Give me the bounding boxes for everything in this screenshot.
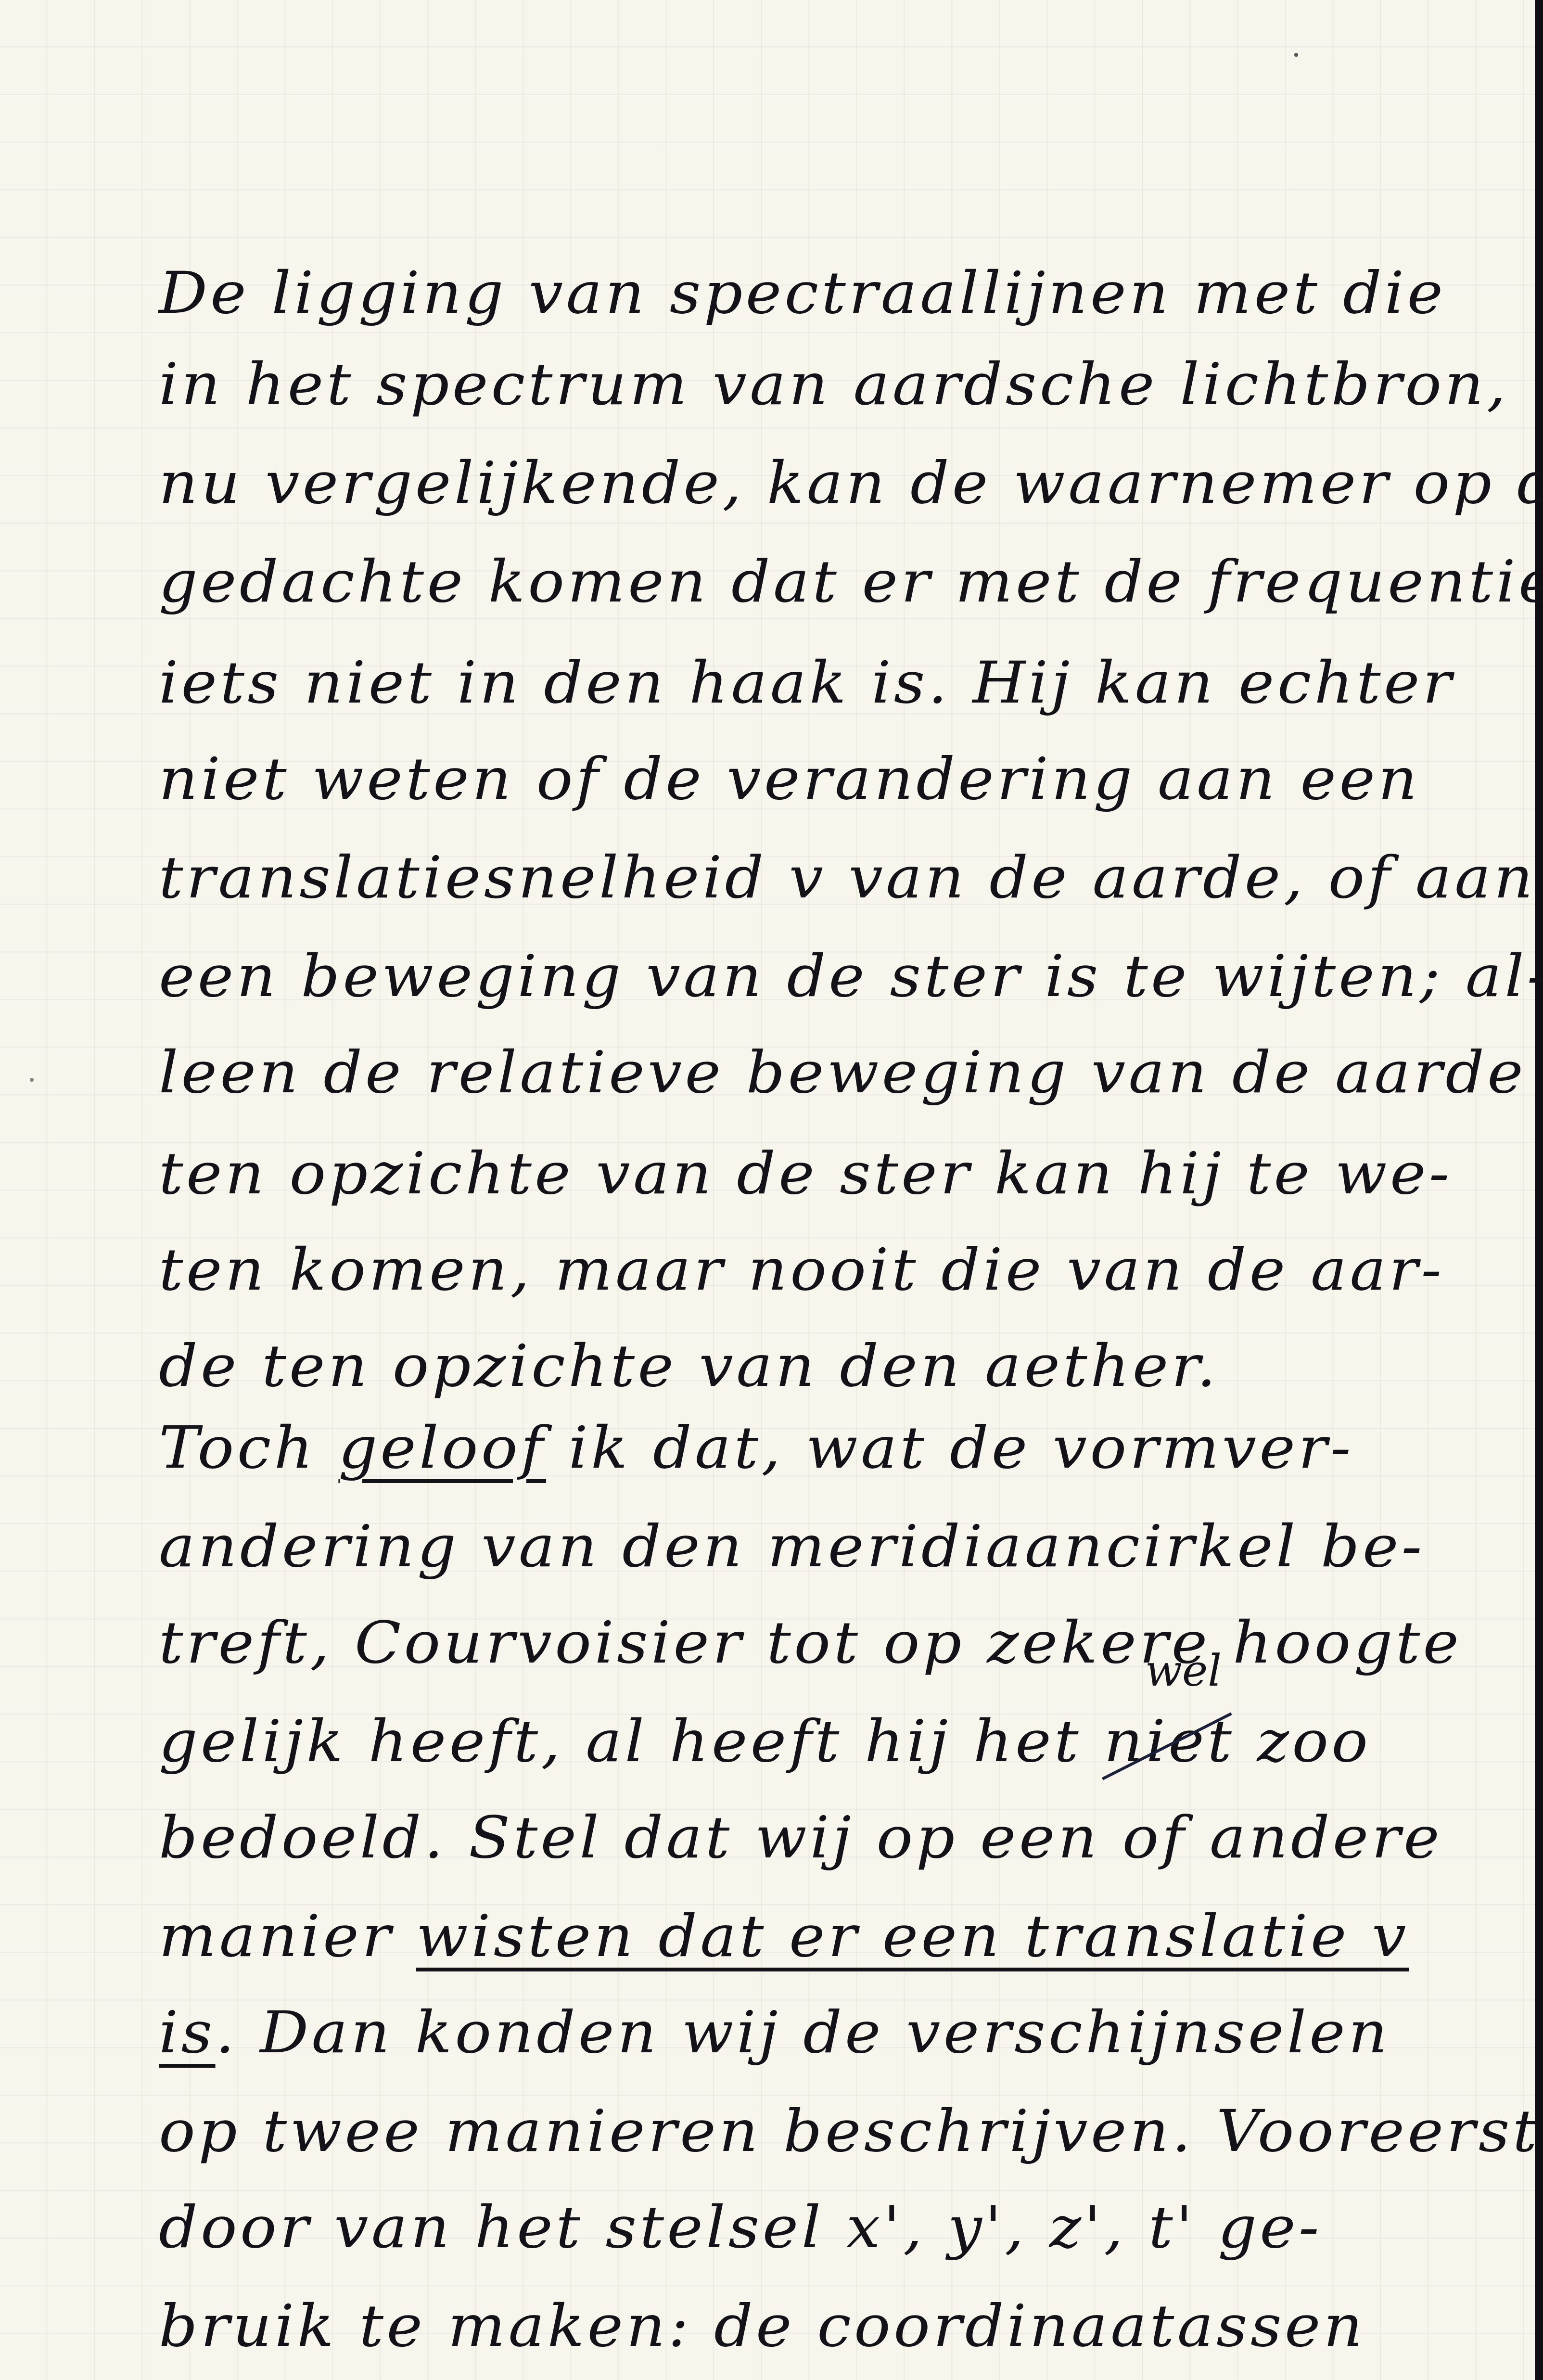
line-13-end: ik dat, wat de vormver-	[546, 1415, 1354, 1482]
text-line-3: nu vergelijkende, kan de waarnemer op de	[159, 450, 1543, 517]
text-line-1: De ligging van spectraallijnen met die	[159, 260, 1446, 327]
text-line-6: niet weten of de verandering aan een	[159, 746, 1420, 813]
line-16-end: zoo	[1235, 1708, 1371, 1775]
text-line-2: in het spectrum van aardsche lichtbron,	[159, 351, 1509, 418]
text-line-14: andering van den meridiaancirkel be-	[159, 1513, 1425, 1580]
ink-speck	[1294, 53, 1298, 57]
line-16-start: gelijk heeft, al heeft hij het	[159, 1708, 1104, 1775]
ink-speck	[30, 1078, 34, 1082]
line-13-start: Toch	[159, 1415, 338, 1482]
line-18-start: manier	[159, 1903, 416, 1970]
text-line-18: manier wisten dat er een translatie v	[159, 1903, 1409, 1970]
text-line-16: gelijk heeft, al heeft hij het niet zoo	[159, 1708, 1371, 1775]
underlined-phrase-translatie: wisten dat er een translatie v	[416, 1903, 1409, 1970]
text-line-12: de ten opzichte van den aether.	[159, 1333, 1219, 1400]
text-line-15: treft, Courvoisier tot op zekere hoogte	[159, 1610, 1462, 1676]
text-line-21: door van het stelsel x', y', z', t' ge-	[159, 2194, 1322, 2261]
text-line-20: op twee manieren beschrijven. Vooreerst	[159, 2098, 1540, 2165]
struck-word-text: niet	[1104, 1708, 1235, 1775]
text-line-11: ten komen, maar nooit die van de aar-	[159, 1237, 1444, 1304]
text-line-9: leen de relatieve beweging van de aarde	[159, 1039, 1526, 1106]
text-line-10: ten opzichte van de ster kan hij te we-	[159, 1140, 1453, 1207]
text-line-22: bruik te maken: de coordinaatassen	[159, 2293, 1365, 2360]
struck-word-niet: niet	[1104, 1708, 1235, 1775]
text-line-7: translatiesnelheid v van de aarde, of aa…	[159, 845, 1536, 911]
inserted-word-wel: wel	[1145, 1646, 1222, 1696]
underlined-word-geloof: geloof	[338, 1415, 546, 1482]
text-line-19: is. Dan konden wij de verschijnselen	[159, 1999, 1390, 2066]
text-line-5: iets niet in den haak is. Hij kan echter	[159, 650, 1454, 717]
underlined-word-is: is	[159, 1999, 216, 2066]
text-line-17: bedoeld. Stel dat wij op een of andere	[159, 1804, 1442, 1871]
line-19-end: . Dan konden wij de verschijnselen	[216, 1999, 1390, 2066]
page-edge-shadow	[1535, 0, 1543, 2380]
text-line-8: een beweging van de ster is te wijten; a…	[159, 943, 1543, 1010]
text-line-13: Toch geloof ik dat, wat de vormver-	[159, 1415, 1354, 1482]
text-line-4: gedachte komen dat er met de frequentie	[159, 549, 1543, 615]
